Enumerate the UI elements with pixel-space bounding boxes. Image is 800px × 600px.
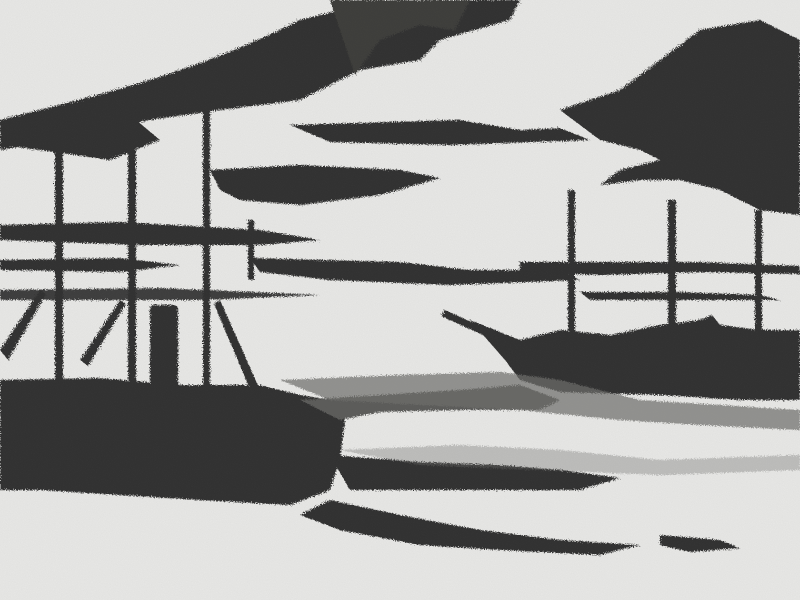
historical-photo: Historical grayscale halftone photograph…	[0, 0, 800, 600]
ship-scene	[0, 0, 800, 600]
